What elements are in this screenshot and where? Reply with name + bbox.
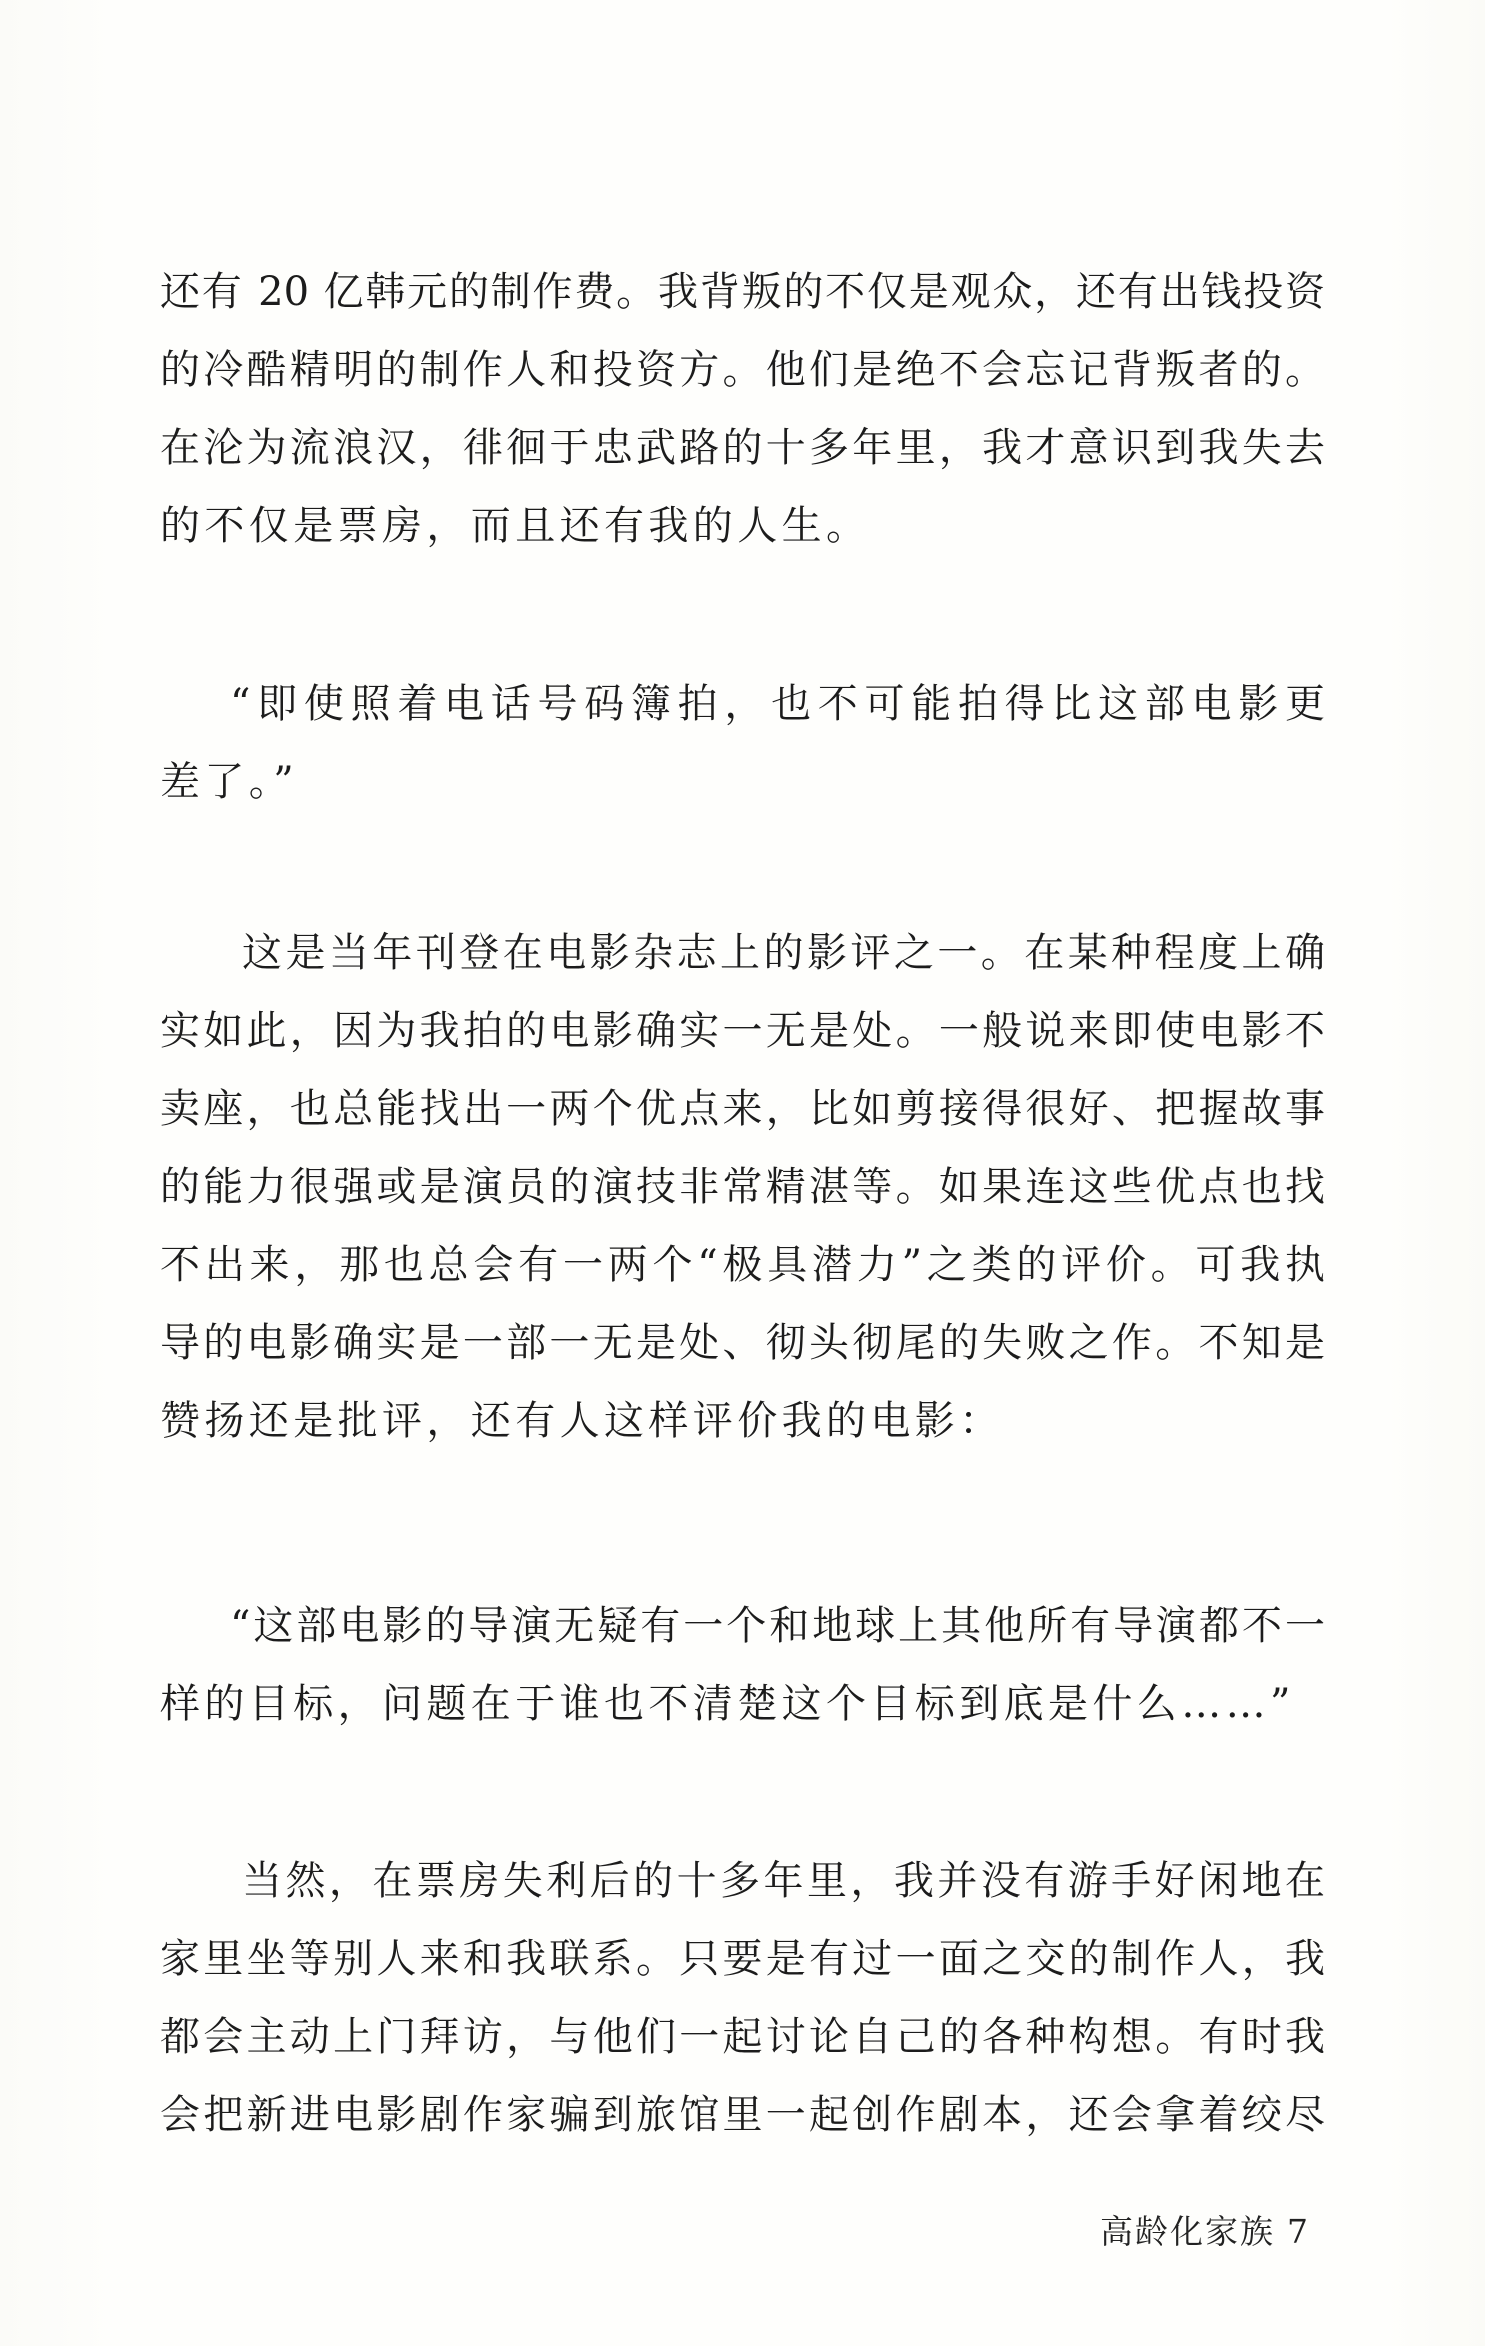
- quote-1-line-1: “即使照着电话号码簿拍，也不可能拍得比这部电影更: [160, 674, 1325, 734]
- paragraph-5-line-1: 当然，在票房失利后的十多年里，我并没有游手好闲地在: [160, 1851, 1325, 1911]
- running-title: 高龄化家族: [1100, 2212, 1275, 2251]
- book-page: 还有 20 亿韩元的制作费。我背叛的不仅是观众，还有出钱投资 的冷酷精明的制作人…: [0, 0, 1485, 2346]
- paragraph-3-line-7: 赞扬还是批评，还有人这样评价我的电影：: [160, 1391, 1004, 1451]
- paragraph-5-line-4: 会把新进电影剧作家骗到旅馆里一起创作剧本，还会拿着绞尽: [160, 2085, 1325, 2145]
- paragraph-3-line-4: 的能力很强或是演员的演技非常精湛等。如果连这些优点也找: [160, 1157, 1325, 1217]
- paragraph-1-line-3: 在沦为流浪汉，徘徊于忠武路的十多年里，我才意识到我失去: [160, 418, 1325, 478]
- paragraph-1-line-1: 还有 20 亿韩元的制作费。我背叛的不仅是观众，还有出钱投资: [160, 262, 1325, 322]
- paragraph-1-line-4: 的不仅是票房，而且还有我的人生。: [160, 496, 870, 556]
- paragraph-1-line-2: 的冷酷精明的制作人和投资方。他们是绝不会忘记背叛者的。: [160, 340, 1325, 400]
- quote-1-line-2: 差了。”: [160, 752, 298, 812]
- paragraph-3-line-6: 导的电影确实是一部一无是处、彻头彻尾的失败之作。不知是: [160, 1313, 1325, 1373]
- paragraph-3-line-1: 这是当年刊登在电影杂志上的影评之一。在某种程度上确: [160, 923, 1325, 983]
- quote-2-line-2: 样的目标，问题在于谁也不清楚这个目标到底是什么……”: [160, 1674, 1295, 1734]
- quote-2-line-1: “这部电影的导演无疑有一个和地球上其他所有导演都不一: [160, 1596, 1325, 1656]
- page-footer: 高龄化家族7: [1100, 2207, 1310, 2257]
- paragraph-3-line-5: 不出来，那也总会有一两个“极具潜力”之类的评价。可我执: [160, 1235, 1325, 1295]
- paragraph-3-line-3: 卖座，也总能找出一两个优点来，比如剪接得很好、把握故事: [160, 1079, 1325, 1139]
- page-number: 7: [1287, 2212, 1310, 2251]
- paragraph-5-line-2: 家里坐等别人来和我联系。只要是有过一面之交的制作人，我: [160, 1929, 1325, 1989]
- paragraph-3-line-2: 实如此，因为我拍的电影确实一无是处。一般说来即使电影不: [160, 1001, 1325, 1061]
- paragraph-5-line-3: 都会主动上门拜访，与他们一起讨论自己的各种构想。有时我: [160, 2007, 1325, 2067]
